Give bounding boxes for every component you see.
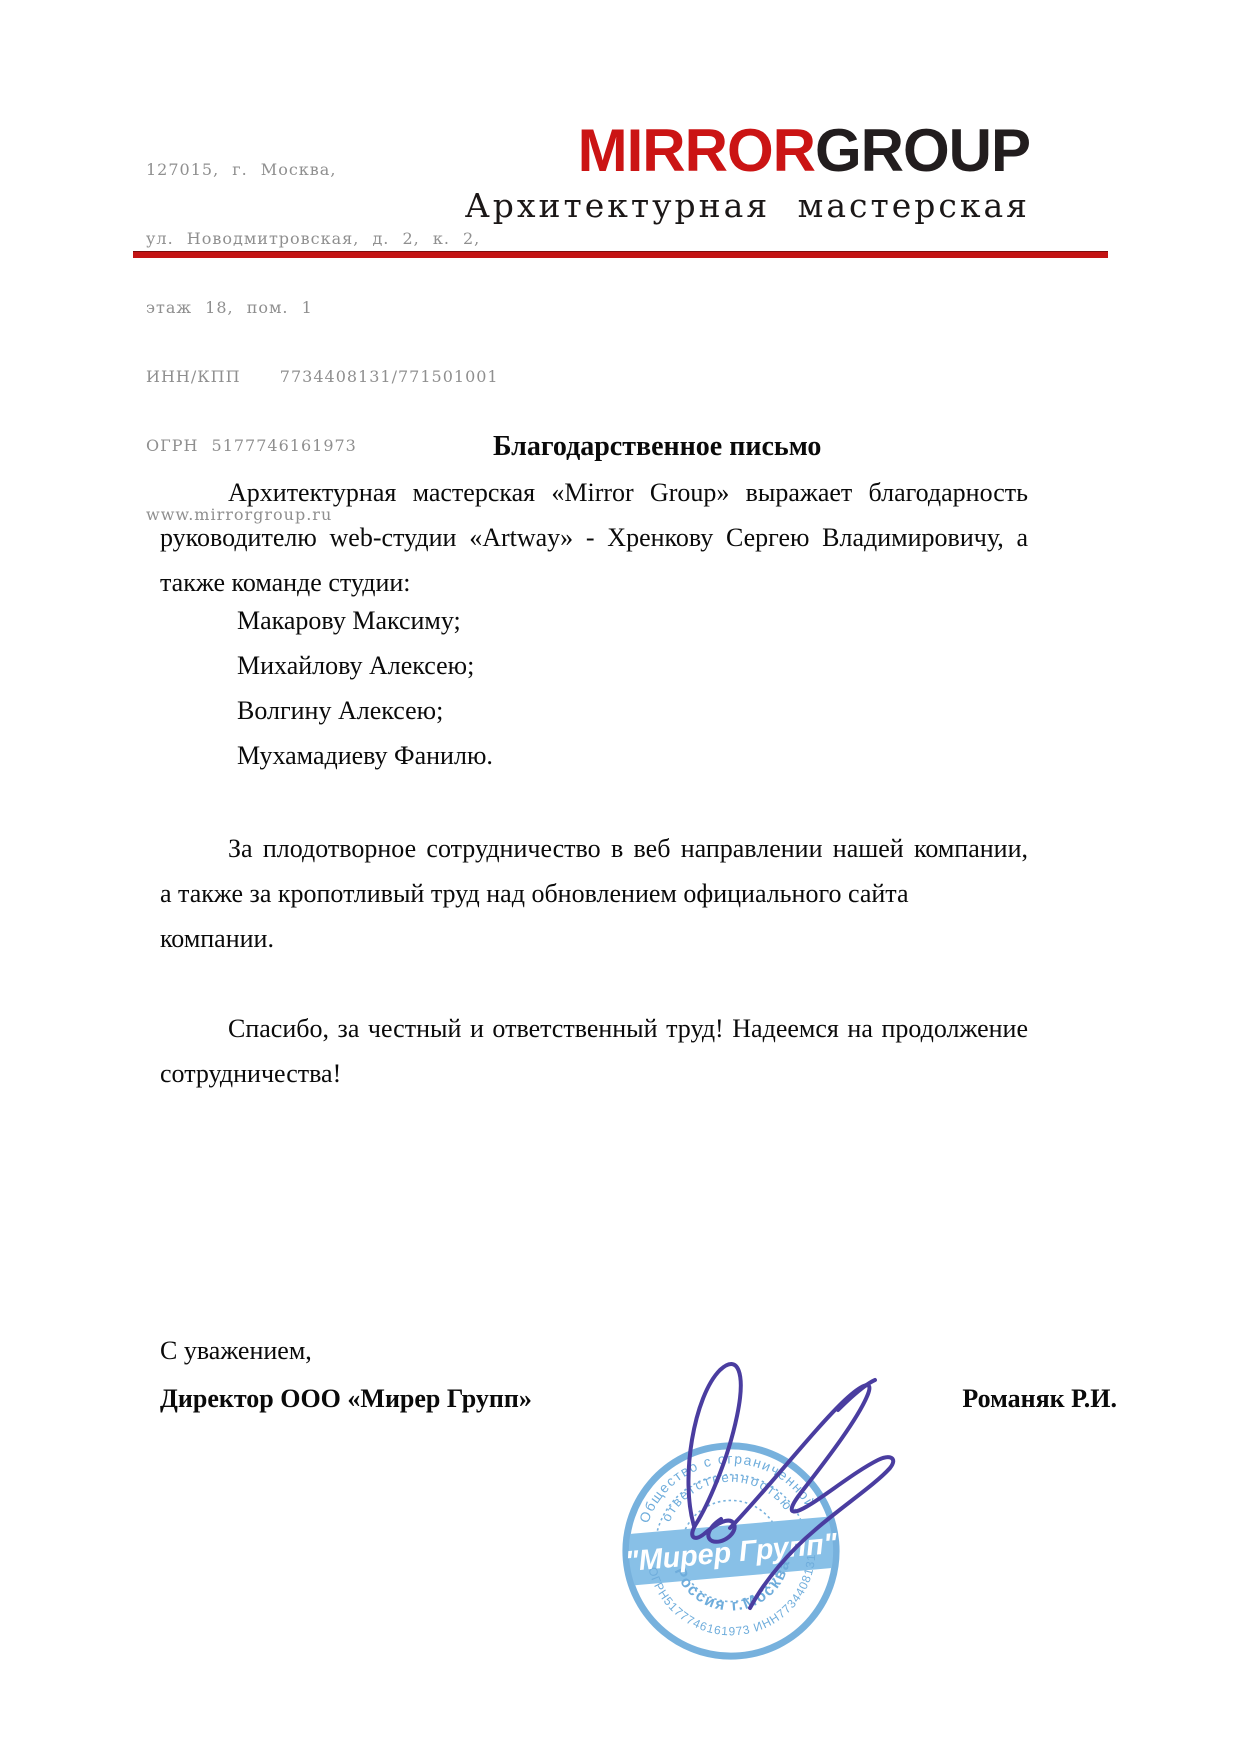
brand-block: MIRRORGROUP Архитектурная мастерская bbox=[465, 121, 1030, 225]
team-member: Мухамадиеву Фанилю. bbox=[237, 733, 493, 778]
paragraph-line: За плодотворное сотрудничество в веб нап… bbox=[160, 826, 1028, 871]
paragraph-line: компании. bbox=[160, 916, 1028, 961]
signatory-name: Романяк Р.И. bbox=[962, 1384, 1117, 1414]
company-tagline: Архитектурная мастерская bbox=[465, 186, 1030, 225]
director-signature bbox=[590, 1318, 910, 1618]
team-member: Макарову Максиму; bbox=[237, 598, 493, 643]
team-list: Макарову Максиму; Михайлову Алексею; Вол… bbox=[237, 598, 493, 778]
address-line: 127015, г. Москва, bbox=[146, 158, 499, 181]
logo-mirror-text: MIRROR bbox=[578, 117, 815, 184]
signature-stroke bbox=[730, 1385, 893, 1608]
paragraph-2: За плодотворное сотрудничество в веб нап… bbox=[160, 826, 1028, 961]
signatory-title: Директор ООО «Мирер Групп» bbox=[160, 1384, 532, 1414]
team-member: Михайлову Алексею; bbox=[237, 643, 493, 688]
logo-group-text: GROUP bbox=[815, 117, 1030, 184]
signature-stroke bbox=[688, 1364, 740, 1542]
company-logo: MIRRORGROUP bbox=[465, 121, 1030, 181]
paragraph-line: сотрудничества! bbox=[160, 1051, 1028, 1096]
paragraph-1: Архитектурная мастерская «Mirror Group» … bbox=[160, 470, 1028, 605]
paragraph-3: Спасибо, за честный и ответственный труд… bbox=[160, 1006, 1028, 1096]
letter-title: Благодарственное письмо bbox=[493, 431, 821, 463]
address-line: ул. Новодмитровская, д. 2, к. 2, bbox=[146, 227, 499, 250]
paragraph-line: руководителю web-студии «Artway» - Хренк… bbox=[160, 515, 1028, 560]
address-line: этаж 18, пом. 1 bbox=[146, 296, 499, 319]
company-inn-kpp: ИНН/КПП 7734408131/771501001 bbox=[146, 365, 499, 388]
paragraph-line: Спасибо, за честный и ответственный труд… bbox=[160, 1006, 1028, 1051]
team-member: Волгину Алексею; bbox=[237, 688, 493, 733]
letter-page: 127015, г. Москва, ул. Новодмитровская, … bbox=[0, 0, 1241, 1755]
letterhead-divider bbox=[133, 251, 1108, 258]
company-ogrn: ОГРН 5177746161973 bbox=[146, 434, 499, 457]
closing-salutation: С уважением, bbox=[160, 1336, 312, 1366]
paragraph-line: а также за кропотливый труд над обновлен… bbox=[160, 871, 1028, 916]
paragraph-line: Архитектурная мастерская «Mirror Group» … bbox=[160, 470, 1028, 515]
